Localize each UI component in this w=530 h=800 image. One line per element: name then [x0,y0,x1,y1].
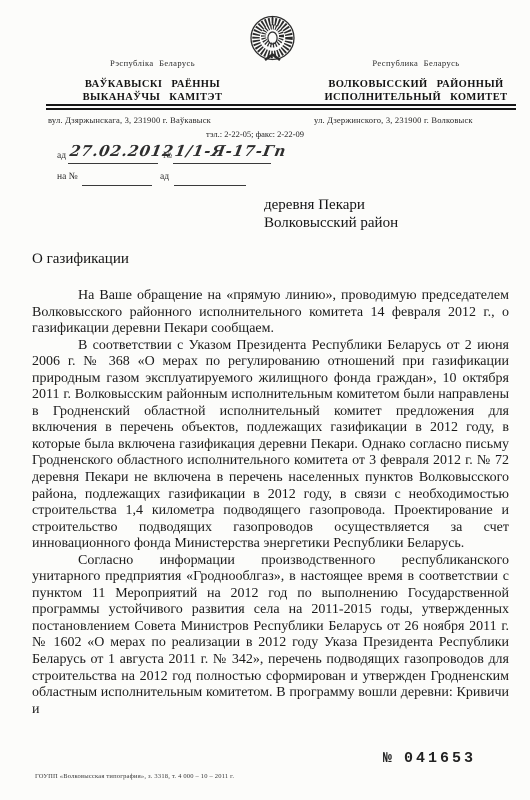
outgoing-date-handwritten: 27.02.2012 [70,142,174,161]
stamp-no-sign: № [383,750,392,767]
recipient-village: деревня Пекари [264,197,398,215]
org-name-ru-line1: ВОЛКОВЫССКИЙ РАЙОННЫЙ [318,78,514,91]
incoming-number-line [82,184,152,186]
body-paragraph: В соответствии с Указом Президента Респу… [32,338,509,553]
recipient-district: Волковысский район [264,215,398,233]
recipient-block: деревня Пекари Волковысский район [264,197,398,232]
stamp-number: 041653 [404,750,476,767]
outgoing-number-line [173,162,271,164]
subject-line: О газификации [32,251,129,268]
body-paragraph: Согласно информации производственного ре… [32,553,509,718]
org-name-by-line1: ВАЎКАВЫСКІ РАЁННЫ [40,78,265,91]
form-number-stamp: №041653 [383,750,476,767]
incoming-date-line [174,184,246,186]
letter-body: На Ваше обращение на «прямую линию», про… [32,288,509,718]
address-ru: ул. Дзержинского, 3, 231900 г. Волковыск [314,115,473,125]
letterhead-right: Республика Беларусь ВОЛКОВЫССКИЙ РАЙОННЫ… [318,58,514,104]
outgoing-date-label: ад [57,151,66,161]
contacts-line: тэл.: 2-22-05; факс: 2-22-09 [150,129,360,139]
outgoing-date-line [68,162,158,164]
address-by: вул. Дзяржынскага, 3, 231900 г. Ваўкавыс… [48,115,211,125]
printing-house-note: ГОУПП «Волковысская типография», з. 3318… [35,773,234,780]
outgoing-number-label: № [163,151,172,161]
country-name-by: Рэспубліка Беларусь [40,58,265,68]
org-name-by-line2: ВЫКАНАЎЧЫ КАМІТЭТ [40,91,265,104]
incoming-date-label: ад [160,172,169,182]
org-name-ru-line2: ИСПОЛНИТЕЛЬНЫЙ КОМИТЕТ [318,91,514,104]
body-paragraph: На Ваше обращение на «прямую линию», про… [32,288,509,338]
letterhead-left: Рэспубліка Беларусь ВАЎКАВЫСКІ РАЁННЫ ВЫ… [40,58,265,104]
country-name-ru: Республика Беларусь [318,58,514,68]
header-divider [46,104,516,110]
outgoing-number-handwritten: 1/1-Я-17-Гп [175,142,286,161]
scanned-letter-page: Рэспубліка Беларусь ВАЎКАВЫСКІ РАЁННЫ ВЫ… [0,0,530,800]
incoming-number-label: на № [57,172,78,182]
